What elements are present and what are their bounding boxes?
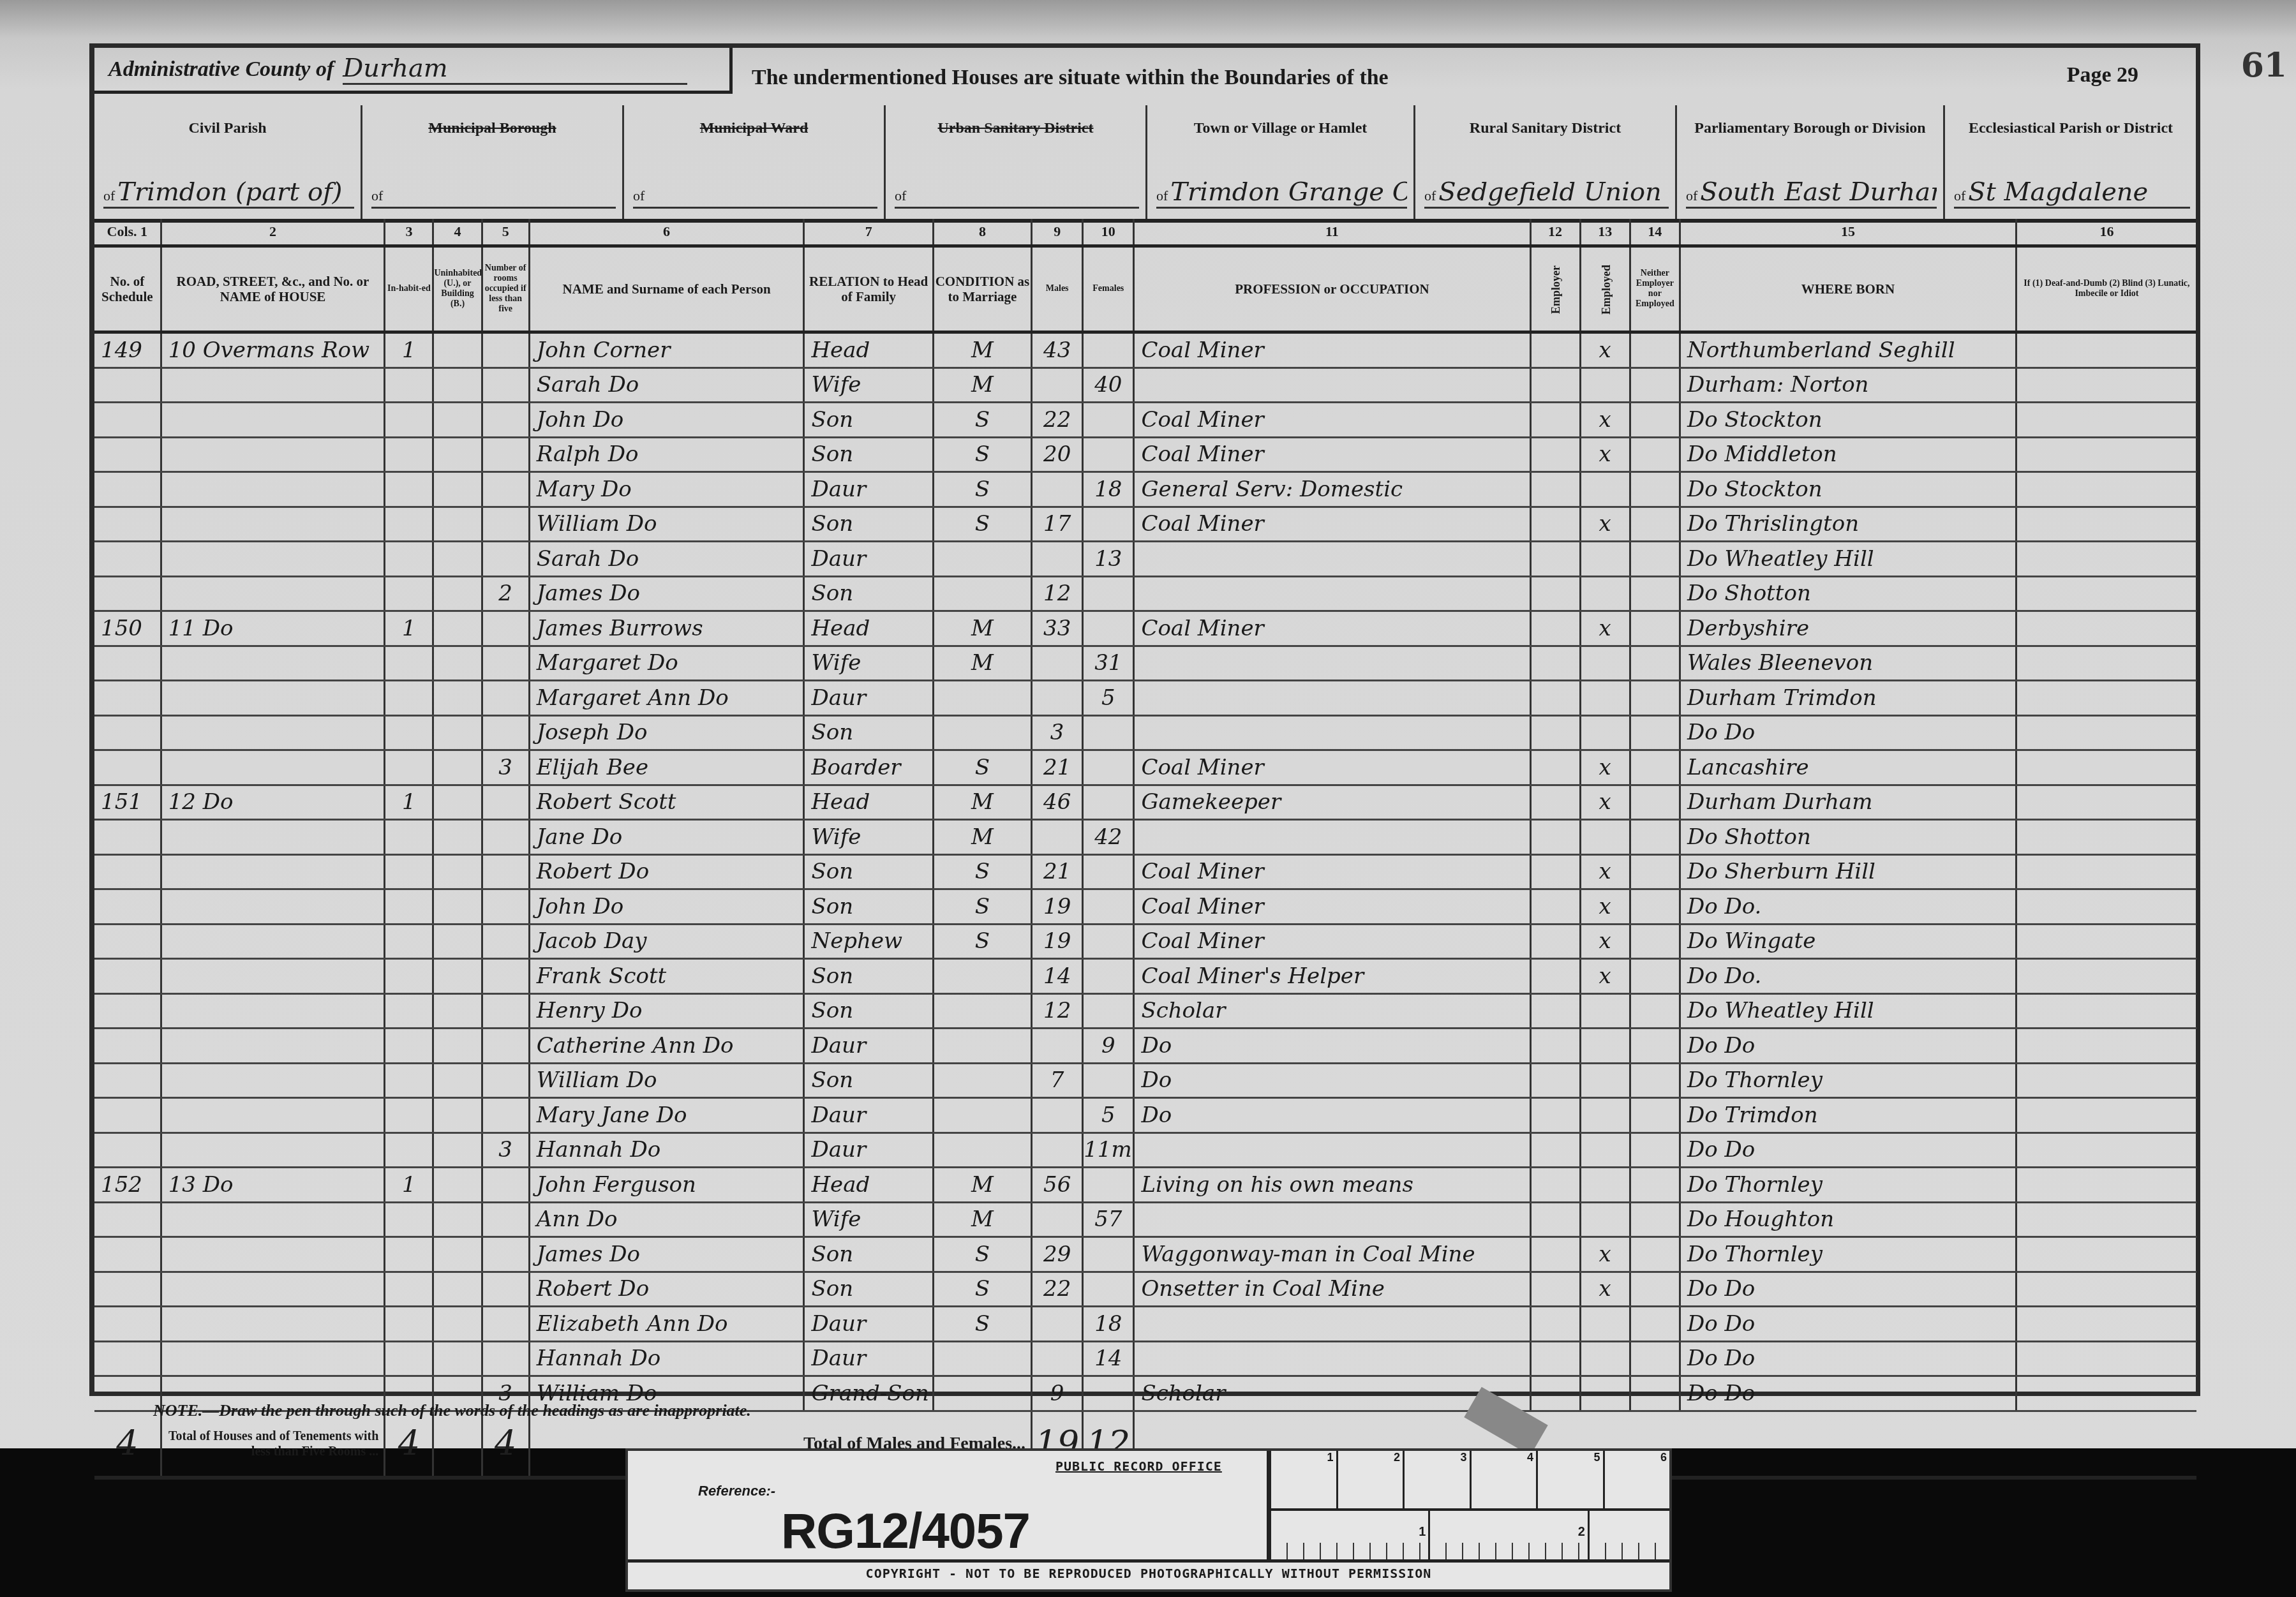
cell-employed [1580,681,1630,716]
cell-born: Do Shotton [1680,576,2016,611]
cell-schedule: 149 [94,332,161,368]
cell-inhabited [385,854,433,889]
cell-name: William Do [529,507,804,542]
cell-occupation [1134,1307,1530,1342]
cell-inhabited [385,472,433,507]
cell-empty [2016,820,2196,855]
cell-condition: M [933,1168,1031,1203]
cell-rooms: 3 [482,1133,529,1168]
cell-born: Do Thornley [1680,1063,2016,1098]
cell-male-age [1032,472,1083,507]
table-row: Hannah DoDaur14Do Do [94,1341,2196,1376]
cell-occupation [1134,1341,1530,1376]
cell-name: John Ferguson [529,1168,804,1203]
cell-empty [1630,854,1680,889]
cell-schedule [94,750,161,785]
cell-condition: S [933,472,1031,507]
cell-employed: x [1580,403,1630,438]
folio-number: 61 [2241,46,2287,85]
cell-male-age: 43 [1032,332,1083,368]
cell-empty [2016,681,2196,716]
cell-empty [1630,820,1680,855]
cell-born: Do Shotton [1680,820,2016,855]
cell-male-age [1032,368,1083,403]
cell-female-age [1083,576,1134,611]
cell-empty [1530,646,1580,681]
heading-occupation: PROFESSION or OCCUPATION [1134,246,1530,332]
cell-name: Mary Do [529,472,804,507]
cell-employed [1580,1341,1630,1376]
cell-empty [1630,542,1680,577]
cell-employed: x [1580,332,1630,368]
cell-empty [2016,785,2196,820]
cell-occupation [1134,542,1530,577]
cell-empty [1630,1237,1680,1272]
table-row: John DoSonS19Coal MinerxDo Do. [94,889,2196,925]
cell-occupation: Scholar [1134,993,1530,1029]
column-heading-row: No. of Schedule ROAD, STREET, &c., and N… [94,246,2196,332]
cell-rooms [482,854,529,889]
cell-road [161,750,385,785]
cell-inhabited [385,924,433,959]
cell-empty [433,1341,482,1376]
cell-male-age: 9 [1032,1376,1083,1411]
cell-occupation: Do [1134,1098,1530,1133]
cell-rooms: 3 [482,750,529,785]
cell-road: 12 Do [161,785,385,820]
census-page: 61 Administrative County of Durham The u… [0,0,2296,1448]
cell-schedule [94,403,161,438]
cell-empty [433,750,482,785]
cell-occupation: Coal Miner's Helper [1134,959,1530,994]
cell-empty [1630,576,1680,611]
cell-empty [1530,1029,1580,1064]
cell-name: Ralph Do [529,437,804,472]
cell-male-age: 3 [1032,715,1083,750]
cell-born: Do Thrislington [1680,507,2016,542]
cell-inhabited [385,1133,433,1168]
area-urban-sanitary: Urban Sanitary District of [886,105,1147,219]
cell-condition: S [933,1307,1031,1342]
cell-female-age [1083,993,1134,1029]
cell-empty [433,437,482,472]
cell-empty [1530,437,1580,472]
cell-empty [1630,1272,1680,1307]
cell-empty [2016,750,2196,785]
footer-note: NOTE.—Draw the pen through such of the w… [153,1401,751,1420]
cell-schedule [94,1133,161,1168]
cell-empty [2016,332,2196,368]
cell-employed [1580,993,1630,1029]
cell-born: Do Do [1680,715,2016,750]
cell-born: Do Middleton [1680,437,2016,472]
cell-empty [1530,993,1580,1029]
cell-condition: M [933,646,1031,681]
heading-infirmity: If (1) Deaf-and-Dumb (2) Blind (3) Lunat… [2016,246,2196,332]
cell-name: Margaret Do [529,646,804,681]
cell-male-age [1032,820,1083,855]
cell-born: Do Do [1680,1272,2016,1307]
cell-condition [933,542,1031,577]
census-rows: 14910 Overmans Row1John CornerHeadM43Coa… [94,332,2196,1411]
cell-male-age: 17 [1032,507,1083,542]
cell-empty [433,1202,482,1237]
cell-rooms [482,507,529,542]
cell-occupation: Coal Miner [1134,611,1530,646]
cell-name: Mary Jane Do [529,1098,804,1133]
area-municipal-ward: Municipal Ward of [624,105,886,219]
cell-road: 11 Do [161,611,385,646]
census-table: Cols. 12345 678910 111213141516 No. of S… [94,219,2196,1480]
cell-inhabited [385,1029,433,1064]
cell-employed: x [1580,507,1630,542]
cell-empty [2016,646,2196,681]
cell-schedule [94,959,161,994]
cell-empty [2016,1063,2196,1098]
cell-inhabited [385,889,433,925]
cell-born: Durham Durham [1680,785,2016,820]
cell-condition: S [933,1272,1031,1307]
cell-female-age: 14 [1083,1341,1134,1376]
cell-empty [1530,332,1580,368]
total-inhabited: 4 [385,1411,433,1478]
cell-road [161,1029,385,1064]
cell-female-age [1083,924,1134,959]
table-row: Henry DoSon12ScholarDo Wheatley Hill [94,993,2196,1029]
cell-female-age [1083,959,1134,994]
cell-employed [1580,1202,1630,1237]
cell-empty [1530,542,1580,577]
heading-schedule: No. of Schedule [94,246,161,332]
cell-occupation: Coal Miner [1134,507,1530,542]
cell-inhabited [385,715,433,750]
cell-inhabited [385,1307,433,1342]
cell-relation: Grand-Son [804,1376,933,1411]
cell-employed: x [1580,889,1630,925]
cell-condition [933,1063,1031,1098]
cell-schedule [94,368,161,403]
cell-born: Do Stockton [1680,403,2016,438]
cell-inhabited [385,437,433,472]
cell-empty [433,993,482,1029]
cell-male-age [1032,1133,1083,1168]
cell-rooms [482,681,529,716]
cell-schedule [94,1307,161,1342]
cell-empty [1530,854,1580,889]
cell-empty [433,924,482,959]
cell-female-age: 18 [1083,472,1134,507]
cell-empty [433,1133,482,1168]
cell-employed: x [1580,854,1630,889]
cell-schedule [94,715,161,750]
cell-relation: Son [804,437,933,472]
cell-relation: Daur [804,1307,933,1342]
cell-male-age [1032,1307,1083,1342]
cell-empty [433,854,482,889]
cell-empty [2016,715,2196,750]
cell-born: Durham Trimdon [1680,681,2016,716]
cell-name: Jane Do [529,820,804,855]
cell-road [161,1307,385,1342]
cell-rooms [482,1029,529,1064]
cell-relation: Son [804,993,933,1029]
cell-occupation: Coal Miner [1134,924,1530,959]
cell-relation: Son [804,715,933,750]
cell-born: Do Do [1680,1376,2016,1411]
table-row: Sarah DoWifeM40Durham: Norton [94,368,2196,403]
cell-inhabited [385,1063,433,1098]
cell-occupation: Coal Miner [1134,854,1530,889]
cell-male-age: 20 [1032,437,1083,472]
cell-schedule [94,472,161,507]
table-row: John DoSonS22Coal MinerxDo Stockton [94,403,2196,438]
cell-condition: S [933,507,1031,542]
cell-empty [433,785,482,820]
table-row: 15112 Do1Robert ScottHeadM46GamekeeperxD… [94,785,2196,820]
cell-empty [1530,681,1580,716]
cell-empty [1530,959,1580,994]
cell-relation: Nephew [804,924,933,959]
cell-relation: Son [804,959,933,994]
cell-born: Durham: Norton [1680,368,2016,403]
cell-empty [1530,611,1580,646]
cell-employed [1580,1029,1630,1064]
cell-empty [2016,576,2196,611]
heading-males: Males [1032,246,1083,332]
cell-occupation: Coal Miner [1134,889,1530,925]
cell-road: 10 Overmans Row [161,332,385,368]
table-row: James DoSonS29Waggonway-man in Coal Mine… [94,1237,2196,1272]
table-row: Ralph DoSonS20Coal MinerxDo Middleton [94,437,2196,472]
table-row: Jane DoWifeM42Do Shotton [94,820,2196,855]
cell-male-age: 14 [1032,959,1083,994]
cell-employed: x [1580,1272,1630,1307]
cell-schedule [94,542,161,577]
cell-empty [1630,1098,1680,1133]
cell-born: Wales Bleenevon [1680,646,2016,681]
cell-road [161,889,385,925]
cell-born: Do Do. [1680,959,2016,994]
cell-condition [933,1341,1031,1376]
cell-employed: x [1580,924,1630,959]
cell-name: Robert Do [529,854,804,889]
cell-employed [1580,368,1630,403]
cell-empty [1530,1063,1580,1098]
cell-male-age: 22 [1032,1272,1083,1307]
cell-empty [1630,1063,1680,1098]
cell-rooms [482,959,529,994]
cell-male-age: 46 [1032,785,1083,820]
cell-occupation: Coal Miner [1134,750,1530,785]
cell-born: Do Wingate [1680,924,2016,959]
cell-born: Do Thornley [1680,1237,2016,1272]
cell-relation: Daur [804,1029,933,1064]
cell-inhabited [385,681,433,716]
cell-born: Do Houghton [1680,1202,2016,1237]
table-row: 3Hannah DoDaur11moDo Do [94,1133,2196,1168]
cell-condition: M [933,332,1031,368]
cell-road [161,542,385,577]
cell-empty [1630,681,1680,716]
cell-male-age: 12 [1032,576,1083,611]
cell-employed: x [1580,959,1630,994]
cell-schedule [94,1376,161,1411]
cell-name: Ann Do [529,1202,804,1237]
cell-rooms [482,332,529,368]
cell-born: Do Do [1680,1133,2016,1168]
cell-female-age [1083,1272,1134,1307]
cell-empty [433,681,482,716]
area-rural-sanitary: Rural Sanitary District ofSedgefield Uni… [1415,105,1677,219]
cell-rooms [482,611,529,646]
cell-empty [2016,611,2196,646]
cell-employed [1580,646,1630,681]
cell-employed: x [1580,785,1630,820]
cell-condition: S [933,403,1031,438]
cell-born: Lancashire [1680,750,2016,785]
cell-empty [1630,332,1680,368]
reference-panel: PUBLIC RECORD OFFICE Reference:- RG12/40… [628,1451,1269,1563]
cell-rooms [482,820,529,855]
table-row: 15011 Do1James BurrowsHeadM33Coal Minerx… [94,611,2196,646]
heading-employed: Employed [1580,246,1630,332]
table-row: 3Elijah BeeBoarderS21Coal MinerxLancashi… [94,750,2196,785]
reference-number: RG12/4057 [781,1502,1030,1560]
cell-empty [2016,403,2196,438]
cell-relation: Son [804,576,933,611]
cell-female-age [1083,437,1134,472]
table-row: Mary Jane DoDaur5DoDo Trimdon [94,1098,2196,1133]
cell-empty [433,1098,482,1133]
cell-empty [433,889,482,925]
cell-empty [1530,403,1580,438]
cell-schedule [94,1272,161,1307]
cell-road [161,1063,385,1098]
cell-schedule [94,1341,161,1376]
cell-occupation: Living on his own means [1134,1168,1530,1203]
office-label: PUBLIC RECORD OFFICE [1055,1459,1222,1474]
cell-born: Do Trimdon [1680,1098,2016,1133]
cell-schedule [94,993,161,1029]
cell-empty [1630,715,1680,750]
cell-empty [433,542,482,577]
cell-relation: Son [804,1272,933,1307]
cell-schedule [94,924,161,959]
cell-road [161,959,385,994]
cell-condition: M [933,1202,1031,1237]
cell-name: John Do [529,403,804,438]
cell-condition: S [933,889,1031,925]
cell-condition [933,959,1031,994]
cell-rooms [482,646,529,681]
table-row: Frank ScottSon14Coal Miner's HelperxDo D… [94,959,2196,994]
cell-relation: Wife [804,368,933,403]
cell-relation: Head [804,785,933,820]
cell-empty [1530,1168,1580,1203]
table-row: Sarah DoDaur13Do Wheatley Hill [94,542,2196,577]
cell-rooms [482,715,529,750]
cell-road [161,1133,385,1168]
cell-female-age [1083,403,1134,438]
heading-neither: Neither Employer nor Employed [1630,246,1680,332]
area-headers: Civil Parish ofTrimdon (part of) Municip… [94,105,2196,223]
table-row: Margaret Ann DoDaur5Durham Trimdon [94,681,2196,716]
cell-inhabited [385,646,433,681]
cell-empty [1630,1029,1680,1064]
cell-employed [1580,1098,1630,1133]
table-row: 15213 Do1John FergusonHeadM56Living on h… [94,1168,2196,1203]
cell-employed: x [1580,611,1630,646]
cell-employed: x [1580,750,1630,785]
cell-empty [1530,1098,1580,1133]
cell-empty [433,1168,482,1203]
cell-road [161,924,385,959]
cell-name: Elijah Bee [529,750,804,785]
cell-condition [933,1376,1031,1411]
cell-empty [1630,1341,1680,1376]
cell-condition: M [933,785,1031,820]
cell-male-age: 21 [1032,854,1083,889]
cell-female-age: 5 [1083,1098,1134,1133]
cell-empty [433,959,482,994]
cell-empty [2016,1202,2196,1237]
cell-occupation: Onsetter in Coal Mine [1134,1272,1530,1307]
cell-inhabited: 1 [385,611,433,646]
cell-name: John Do [529,889,804,925]
cell-relation: Daur [804,681,933,716]
cell-road [161,472,385,507]
cell-relation: Head [804,1168,933,1203]
cell-relation: Head [804,611,933,646]
cell-inhabited: 1 [385,1168,433,1203]
cell-inhabited [385,1341,433,1376]
cell-empty [2016,1307,2196,1342]
cell-inhabited [385,1098,433,1133]
cell-empty [1530,576,1580,611]
cell-employed [1580,1376,1630,1411]
cell-empty [1530,1237,1580,1272]
cell-name: Henry Do [529,993,804,1029]
cell-empty [1530,889,1580,925]
census-form: Administrative County of Durham The unde… [89,43,2200,1396]
cell-occupation [1134,646,1530,681]
cell-condition: M [933,611,1031,646]
cell-male-age: 29 [1032,1237,1083,1272]
cell-schedule [94,1063,161,1098]
cell-empty [2016,854,2196,889]
cell-empty [433,1063,482,1098]
cell-name: Catherine Ann Do [529,1029,804,1064]
cell-schedule [94,854,161,889]
heading-uninhabited: Uninhabited (U.), or Building (B.) [433,246,482,332]
cell-empty [1530,1272,1580,1307]
cell-condition [933,681,1031,716]
cell-born: Do Do [1680,1341,2016,1376]
cell-empty [2016,507,2196,542]
cell-inhabited [385,1272,433,1307]
cell-road [161,437,385,472]
copyright-notice: COPYRIGHT - NOT TO BE REPRODUCED PHOTOGR… [628,1566,1669,1581]
cell-male-age: 7 [1032,1063,1083,1098]
cell-inhabited [385,368,433,403]
cell-condition: M [933,820,1031,855]
cell-schedule [94,681,161,716]
cell-occupation [1134,576,1530,611]
cell-name: James Do [529,576,804,611]
table-row: Ann DoWifeM57Do Houghton [94,1202,2196,1237]
cell-empty [1630,437,1680,472]
column-number-row: Cols. 12345 678910 111213141516 [94,219,2196,246]
